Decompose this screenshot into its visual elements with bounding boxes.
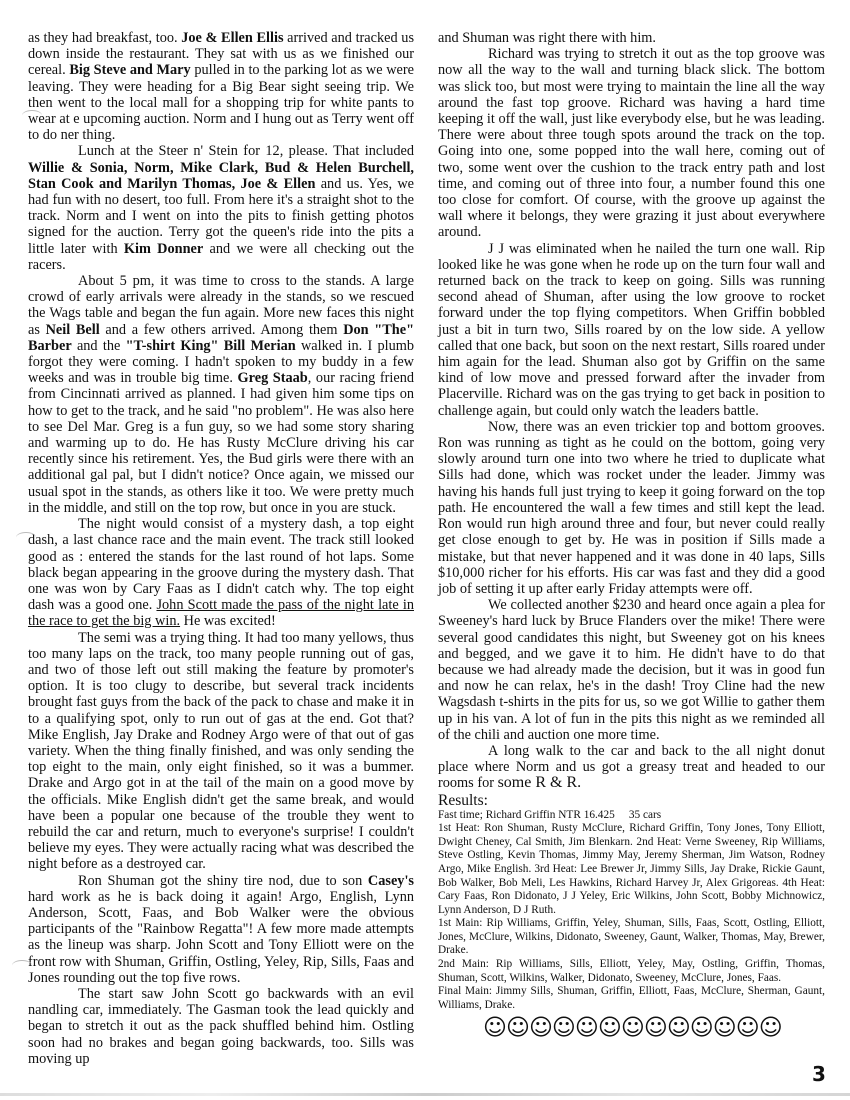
paragraph-night-events: The night would consist of a mystery das… bbox=[28, 516, 414, 629]
paragraph-stands: About 5 pm, it was time to cross to the … bbox=[28, 273, 414, 516]
name-highlight: Joe & Ellen Ellis bbox=[181, 30, 283, 46]
scan-bottom-edge bbox=[0, 1093, 850, 1096]
results-main-1: 1st Main: Rip Williams, Griffin, Yeley, … bbox=[438, 917, 825, 958]
name-highlight: Big Steve and Mary bbox=[69, 62, 190, 78]
text: Lunch at the Steer n' Stein for 12, plea… bbox=[78, 143, 414, 159]
name-highlight: "T-shirt King" Bill Merian bbox=[126, 338, 296, 354]
name-highlight: Casey's bbox=[368, 873, 414, 889]
text: and the bbox=[72, 338, 126, 354]
text: Ron Shuman got the shiny tire nod, due t… bbox=[78, 873, 368, 889]
paragraph-lunch: Lunch at the Steer n' Stein for 12, plea… bbox=[28, 143, 414, 273]
scan-artifact bbox=[12, 960, 32, 971]
results-heats: 1st Heat: Ron Shuman, Rusty McClure, Ric… bbox=[438, 822, 825, 917]
name-highlight: Neil Bell bbox=[46, 322, 100, 338]
text: and a few others arrived. Among them bbox=[100, 322, 343, 338]
text: , our racing friend from Cincinnati arri… bbox=[28, 370, 414, 516]
left-column: as they had breakfast, too. Joe & Ellen … bbox=[28, 30, 414, 1067]
paragraph-trickier-grooves: Now, there was an even trickier top and … bbox=[438, 419, 825, 597]
results-final-main: Final Main: Jimmy Sills, Shuman, Griffin… bbox=[438, 985, 825, 1012]
paragraph-jj-eliminated: J J was eliminated when he nailed the tu… bbox=[438, 241, 825, 419]
right-column: and Shuman was right there with him. Ric… bbox=[438, 30, 825, 1042]
name-highlight: Kim Donner bbox=[124, 241, 203, 257]
results-fast-time: Fast time; Richard Griffin NTR 16.425 35… bbox=[438, 809, 825, 823]
results-heading: Results: bbox=[438, 792, 825, 809]
paragraph-top-groove: Richard was trying to stretch it out as … bbox=[438, 46, 825, 240]
newsletter-page: as they had breakfast, too. Joe & Ellen … bbox=[0, 0, 850, 1100]
paragraph-shiny-tire: Ron Shuman got the shiny tire nod, due t… bbox=[28, 873, 414, 986]
scan-artifact bbox=[22, 110, 42, 121]
paragraph-semi: The semi was a trying thing. It had too … bbox=[28, 630, 414, 873]
page-number: 3 bbox=[812, 1062, 826, 1086]
results-list: Fast time; Richard Griffin NTR 16.425 35… bbox=[438, 809, 825, 1013]
scan-artifact bbox=[16, 532, 36, 543]
paragraph-long-walk: A long walk to the car and back to the a… bbox=[438, 743, 825, 792]
paragraph-start: The start saw John Scott go backwards wi… bbox=[28, 986, 414, 1067]
text: A long walk to the car and back to the a… bbox=[438, 743, 825, 791]
paragraph-breakfast: as they had breakfast, too. Joe & Ellen … bbox=[28, 30, 414, 143]
paragraph-collection: We collected another $230 and heard once… bbox=[438, 597, 825, 743]
name-highlight: Greg Staab bbox=[238, 370, 308, 386]
paragraph-continued: and Shuman was right there with him. bbox=[438, 30, 825, 46]
results-main-2: 2nd Main: Rip Williams, Sills, Elliott, … bbox=[438, 958, 825, 985]
text: He was excited! bbox=[180, 613, 276, 629]
text: some R & R. bbox=[498, 774, 582, 791]
text: as they had breakfast, too. bbox=[28, 30, 181, 46]
text: hard work as he is back doing it again! … bbox=[28, 889, 414, 986]
smiley-face-icon-row: ☺☺☺☺☺☺☺☺☺☺☺☺☺ bbox=[438, 1014, 825, 1042]
